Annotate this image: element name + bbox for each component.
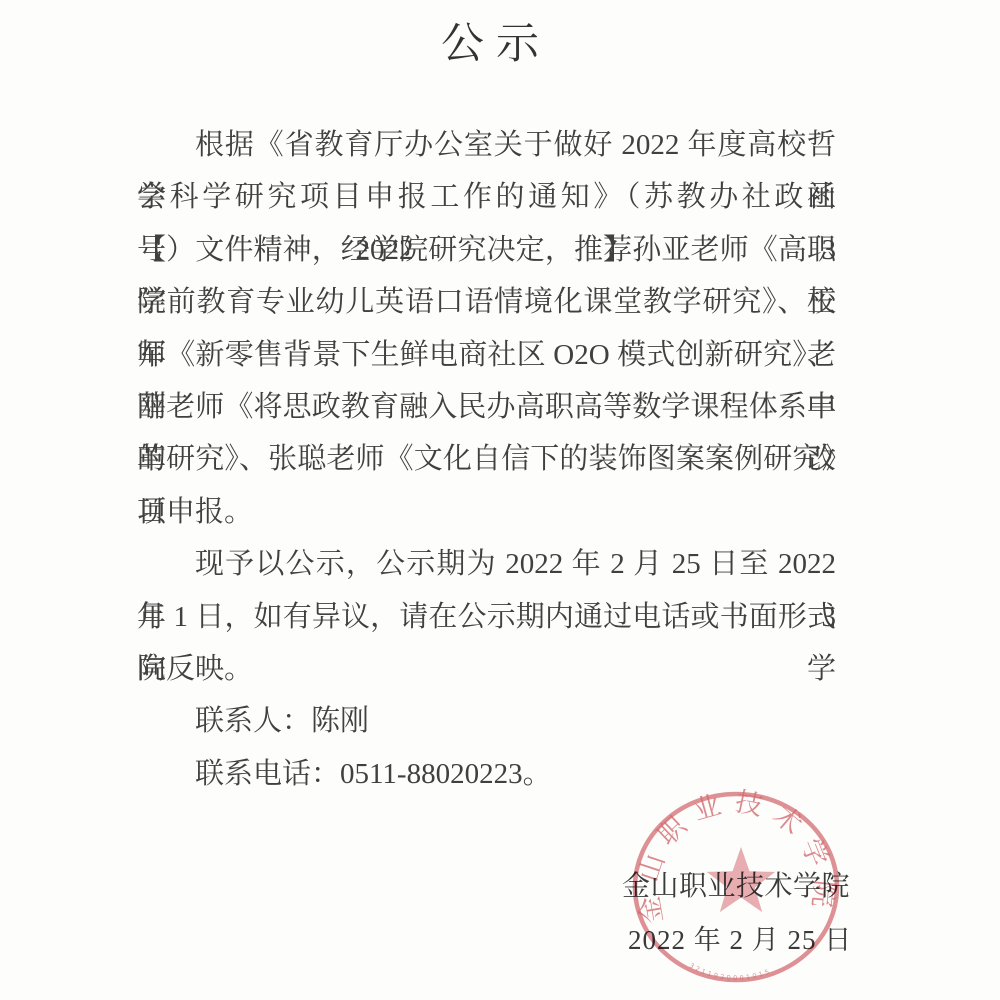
body-line: 会科学研究项目申报工作的通知》（苏教办社政函【2022】3 bbox=[137, 171, 836, 223]
star-icon bbox=[707, 847, 775, 912]
body-line: 现予以公示，公示期为 2022 年 2 月 25 日至 2022 年 3 bbox=[137, 538, 836, 590]
body-line: 师《新零售背景下生鲜电商社区 O2O 模式创新研究》、薛丰 bbox=[137, 329, 836, 381]
seal-graphic: 金山职业技术学院 3211920001015 bbox=[631, 785, 843, 997]
page-title: 公示 bbox=[441, 10, 551, 71]
body-line: 目申报。 bbox=[137, 486, 836, 538]
body-line: 学前教育专业幼儿英语口语情境化课堂教学研究》、王军老 bbox=[137, 276, 836, 328]
body-line: 根据《省教育厅办公室关于做好 2022 年度高校哲学社 bbox=[137, 119, 836, 171]
contact-person-line: 联系人：陈刚 bbox=[137, 695, 836, 747]
official-seal: 金山职业技术学院 3211920001015 bbox=[631, 785, 843, 997]
body-line: 号）文件精神，经学院研究决定，推荐孙亚老师《高职院校 bbox=[137, 224, 836, 276]
body-line: 月 1 日，如有异议，请在公示期内通过电话或书面形式向学 bbox=[137, 591, 836, 643]
body-line: 革研究》、张聪老师《文化自信下的装饰图案案例研究》项 bbox=[137, 433, 836, 485]
announcement-page: 公示 根据《省教育厅办公室关于做好 2022 年度高校哲学社 会科学研究项目申报… bbox=[0, 0, 1000, 1000]
body-line: 刚老师《将思政教育融入民办高职高等数学课程体系中的改 bbox=[137, 381, 836, 433]
seal-ring-text: 金山职业技术学院 bbox=[632, 786, 839, 925]
document-body: 根据《省教育厅办公室关于做好 2022 年度高校哲学社 会科学研究项目申报工作的… bbox=[137, 119, 836, 800]
